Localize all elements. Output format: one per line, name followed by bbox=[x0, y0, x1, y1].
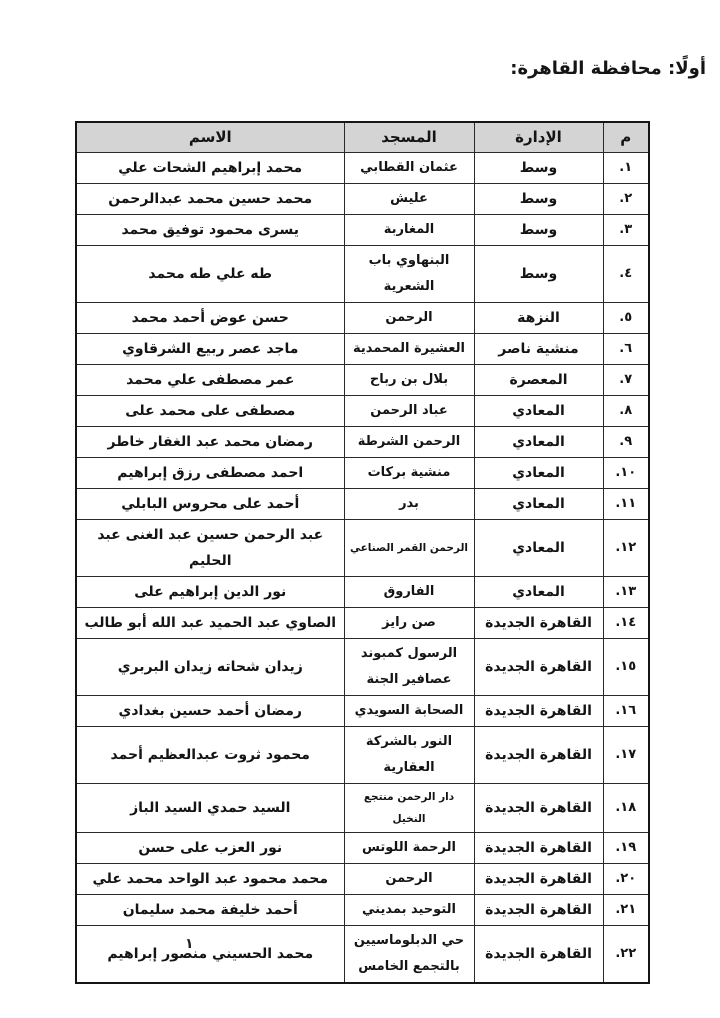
administration-cell: المعادي bbox=[474, 457, 603, 488]
administration-cell: القاهرة الجديدة bbox=[474, 925, 603, 983]
table-row: ٣.وسطالمغاربةيسرى محمود توفيق محمد bbox=[76, 214, 649, 245]
mosque-cell: الرحمن الشرطة bbox=[344, 426, 474, 457]
table-row: ١٠.المعاديمنشية بركاتاحمد مصطفى رزق إبرا… bbox=[76, 457, 649, 488]
table-row: ٨.المعاديعباد الرحمنمصطفى على محمد على bbox=[76, 395, 649, 426]
name-cell: أحمد خليفة محمد سليمان bbox=[76, 894, 344, 925]
row-number-cell: ١١. bbox=[603, 488, 649, 519]
row-number-cell: ١٥. bbox=[603, 638, 649, 695]
administration-cell: القاهرة الجديدة bbox=[474, 832, 603, 863]
mosque-cell: عباد الرحمن bbox=[344, 395, 474, 426]
mosque-cell: المغاربة bbox=[344, 214, 474, 245]
administration-cell: النزهة bbox=[474, 302, 603, 333]
administration-cell: وسط bbox=[474, 183, 603, 214]
table-row: ١٢.المعاديالرحمن القمر الصناعيعبد الرحمن… bbox=[76, 519, 649, 576]
name-cell: محمد حسين محمد عبدالرحمن bbox=[76, 183, 344, 214]
name-cell: حسن عوض أحمد محمد bbox=[76, 302, 344, 333]
row-number-cell: ٦. bbox=[603, 333, 649, 364]
name-cell: رمضان أحمد حسين بغدادي bbox=[76, 695, 344, 726]
table-row: ٢١.القاهرة الجديدةالتوحيد بمدينيأحمد خلي… bbox=[76, 894, 649, 925]
name-cell: أحمد على محروس البابلي bbox=[76, 488, 344, 519]
administration-cell: وسط bbox=[474, 245, 603, 302]
column-header-mosque: المسجد bbox=[344, 122, 474, 152]
name-cell: السيد حمدي السيد الباز bbox=[76, 783, 344, 832]
table-row: ١٨.القاهرة الجديدةدار الرحمن منتجع النخي… bbox=[76, 783, 649, 832]
table-row: ٢٠.القاهرة الجديدةالرحمنمحمد محمود عبد ا… bbox=[76, 863, 649, 894]
page-title: أولًا: محافظة القاهرة: bbox=[510, 58, 706, 79]
table-row: ١٧.القاهرة الجديدةالنور بالشركة العقارية… bbox=[76, 726, 649, 783]
row-number-cell: ١٧. bbox=[603, 726, 649, 783]
row-number-cell: ٧. bbox=[603, 364, 649, 395]
table-row: ٤.وسطالبنهاوي باب الشعريةطه علي طه محمد bbox=[76, 245, 649, 302]
name-cell: زيدان شحاته زيدان البربري bbox=[76, 638, 344, 695]
name-cell: عبد الرحمن حسين عبد الغنى عبد الحليم bbox=[76, 519, 344, 576]
mosque-cell: عليش bbox=[344, 183, 474, 214]
administration-cell: منشية ناصر bbox=[474, 333, 603, 364]
name-cell: محمود ثروت عبدالعظيم أحمد bbox=[76, 726, 344, 783]
administration-cell: وسط bbox=[474, 152, 603, 183]
administration-cell: القاهرة الجديدة bbox=[474, 726, 603, 783]
table-row: ٥.النزهةالرحمنحسن عوض أحمد محمد bbox=[76, 302, 649, 333]
table-row: ١.وسطعثمان القطابيمحمد إبراهيم الشحات عل… bbox=[76, 152, 649, 183]
row-number-cell: ٣. bbox=[603, 214, 649, 245]
name-cell: محمد إبراهيم الشحات علي bbox=[76, 152, 344, 183]
administration-cell: المعادي bbox=[474, 395, 603, 426]
row-number-cell: ١٦. bbox=[603, 695, 649, 726]
row-number-cell: ٢. bbox=[603, 183, 649, 214]
row-number-cell: ١٩. bbox=[603, 832, 649, 863]
administration-cell: القاهرة الجديدة bbox=[474, 695, 603, 726]
roster-table: م الإدارة المسجد الاسم ١.وسطعثمان القطاب… bbox=[75, 121, 650, 984]
mosque-cell: عثمان القطابي bbox=[344, 152, 474, 183]
name-cell: مصطفى على محمد على bbox=[76, 395, 344, 426]
row-number-cell: ٩. bbox=[603, 426, 649, 457]
mosque-cell: الرحمن القمر الصناعي bbox=[344, 519, 474, 576]
mosque-cell: التوحيد بمديني bbox=[344, 894, 474, 925]
name-cell: نور الدين إبراهيم على bbox=[76, 576, 344, 607]
name-cell: نور العزب على حسن bbox=[76, 832, 344, 863]
administration-cell: المعادي bbox=[474, 576, 603, 607]
mosque-cell: النور بالشركة العقارية bbox=[344, 726, 474, 783]
table-row: ١٩.القاهرة الجديدةالرحمة اللوتسنور العزب… bbox=[76, 832, 649, 863]
mosque-cell: الرحمة اللوتس bbox=[344, 832, 474, 863]
administration-cell: المعادي bbox=[474, 488, 603, 519]
table-row: ٧.المعصرةبلال بن رباحعمر مصطفى علي محمد bbox=[76, 364, 649, 395]
table-row: ١٦.القاهرة الجديدةالصحابة السويديرمضان أ… bbox=[76, 695, 649, 726]
name-cell: طه علي طه محمد bbox=[76, 245, 344, 302]
column-header-name: الاسم bbox=[76, 122, 344, 152]
row-number-cell: ٢٢. bbox=[603, 925, 649, 983]
table-row: ٩.المعاديالرحمن الشرطةرمضان محمد عبد الغ… bbox=[76, 426, 649, 457]
table-header-row: م الإدارة المسجد الاسم bbox=[76, 122, 649, 152]
table-row: ٢.وسطعليشمحمد حسين محمد عبدالرحمن bbox=[76, 183, 649, 214]
row-number-cell: ١. bbox=[603, 152, 649, 183]
row-number-cell: ٤. bbox=[603, 245, 649, 302]
mosque-cell: الصحابة السويدي bbox=[344, 695, 474, 726]
row-number-cell: ١٤. bbox=[603, 607, 649, 638]
table-row: ١١.المعاديبدرأحمد على محروس البابلي bbox=[76, 488, 649, 519]
administration-cell: القاهرة الجديدة bbox=[474, 638, 603, 695]
mosque-cell: الرسول كمبوند عصافير الجنة bbox=[344, 638, 474, 695]
table-row: ١٥.القاهرة الجديدةالرسول كمبوند عصافير ا… bbox=[76, 638, 649, 695]
administration-cell: القاهرة الجديدة bbox=[474, 783, 603, 832]
page-number: ١ bbox=[185, 936, 194, 952]
administration-cell: وسط bbox=[474, 214, 603, 245]
table-row: ٢٢.القاهرة الجديدةحي الدبلوماسيين بالتجم… bbox=[76, 925, 649, 983]
administration-cell: القاهرة الجديدة bbox=[474, 863, 603, 894]
document-page: { "document": { "title": "أولًا: محافظة … bbox=[0, 0, 720, 1018]
administration-cell: المعادي bbox=[474, 426, 603, 457]
table-row: ١٣.المعاديالفاروقنور الدين إبراهيم على bbox=[76, 576, 649, 607]
mosque-cell: بدر bbox=[344, 488, 474, 519]
mosque-cell: حي الدبلوماسيين بالتجمع الخامس bbox=[344, 925, 474, 983]
administration-cell: المعصرة bbox=[474, 364, 603, 395]
mosque-cell: البنهاوي باب الشعرية bbox=[344, 245, 474, 302]
row-number-cell: ١٠. bbox=[603, 457, 649, 488]
administration-cell: القاهرة الجديدة bbox=[474, 894, 603, 925]
administration-cell: القاهرة الجديدة bbox=[474, 607, 603, 638]
name-cell: احمد مصطفى رزق إبراهيم bbox=[76, 457, 344, 488]
name-cell: الصاوي عبد الحميد عبد الله أبو طالب bbox=[76, 607, 344, 638]
name-cell: رمضان محمد عبد الغفار خاطر bbox=[76, 426, 344, 457]
row-number-cell: ١٣. bbox=[603, 576, 649, 607]
name-cell: ماجد عصر ربيع الشرقاوي bbox=[76, 333, 344, 364]
mosque-cell: صن رايز bbox=[344, 607, 474, 638]
row-number-cell: ١٢. bbox=[603, 519, 649, 576]
mosque-cell: دار الرحمن منتجع النخيل bbox=[344, 783, 474, 832]
table-row: ١٤.القاهرة الجديدةصن رايزالصاوي عبد الحم… bbox=[76, 607, 649, 638]
name-cell: محمد محمود عبد الواحد محمد علي bbox=[76, 863, 344, 894]
administration-cell: المعادي bbox=[474, 519, 603, 576]
mosque-cell: العشيرة المحمدية bbox=[344, 333, 474, 364]
row-number-cell: ٢١. bbox=[603, 894, 649, 925]
row-number-cell: ٢٠. bbox=[603, 863, 649, 894]
column-header-number: م bbox=[603, 122, 649, 152]
row-number-cell: ١٨. bbox=[603, 783, 649, 832]
name-cell: عمر مصطفى علي محمد bbox=[76, 364, 344, 395]
mosque-cell: الرحمن bbox=[344, 863, 474, 894]
name-cell: يسرى محمود توفيق محمد bbox=[76, 214, 344, 245]
table-row: ٦.منشية ناصرالعشيرة المحمديةماجد عصر ربي… bbox=[76, 333, 649, 364]
column-header-administration: الإدارة bbox=[474, 122, 603, 152]
mosque-cell: الرحمن bbox=[344, 302, 474, 333]
mosque-cell: منشية بركات bbox=[344, 457, 474, 488]
name-cell: محمد الحسيني منصور إبراهيم bbox=[76, 925, 344, 983]
mosque-cell: الفاروق bbox=[344, 576, 474, 607]
mosque-cell: بلال بن رباح bbox=[344, 364, 474, 395]
row-number-cell: ٥. bbox=[603, 302, 649, 333]
row-number-cell: ٨. bbox=[603, 395, 649, 426]
